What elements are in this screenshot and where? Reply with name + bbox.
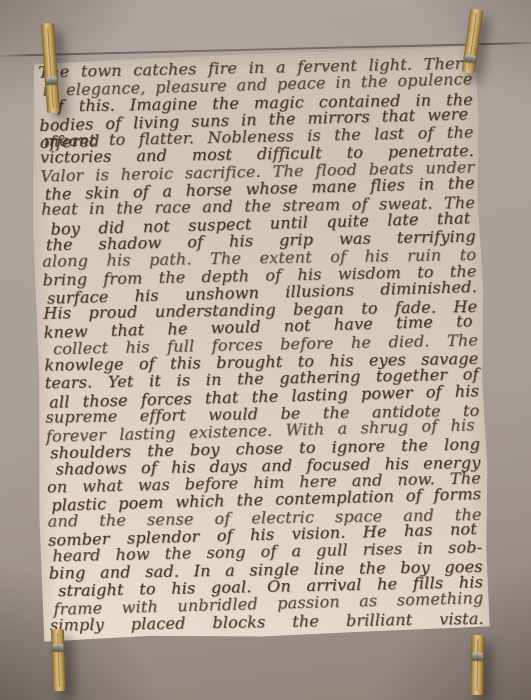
clothespin-spring <box>52 644 63 651</box>
handwritten-text: The town catches fire in a fervent light… <box>38 55 484 636</box>
photograph: The town catches fire in a fervent light… <box>0 0 531 700</box>
clothespin-bottom-left <box>51 629 66 691</box>
clothespin-bottom-right <box>470 635 484 695</box>
clothespin-spring <box>464 54 476 62</box>
manuscript-page: The town catches fire in a fervent light… <box>29 46 492 641</box>
clothespin-spring <box>472 653 483 660</box>
clothespin-spring <box>46 77 57 85</box>
